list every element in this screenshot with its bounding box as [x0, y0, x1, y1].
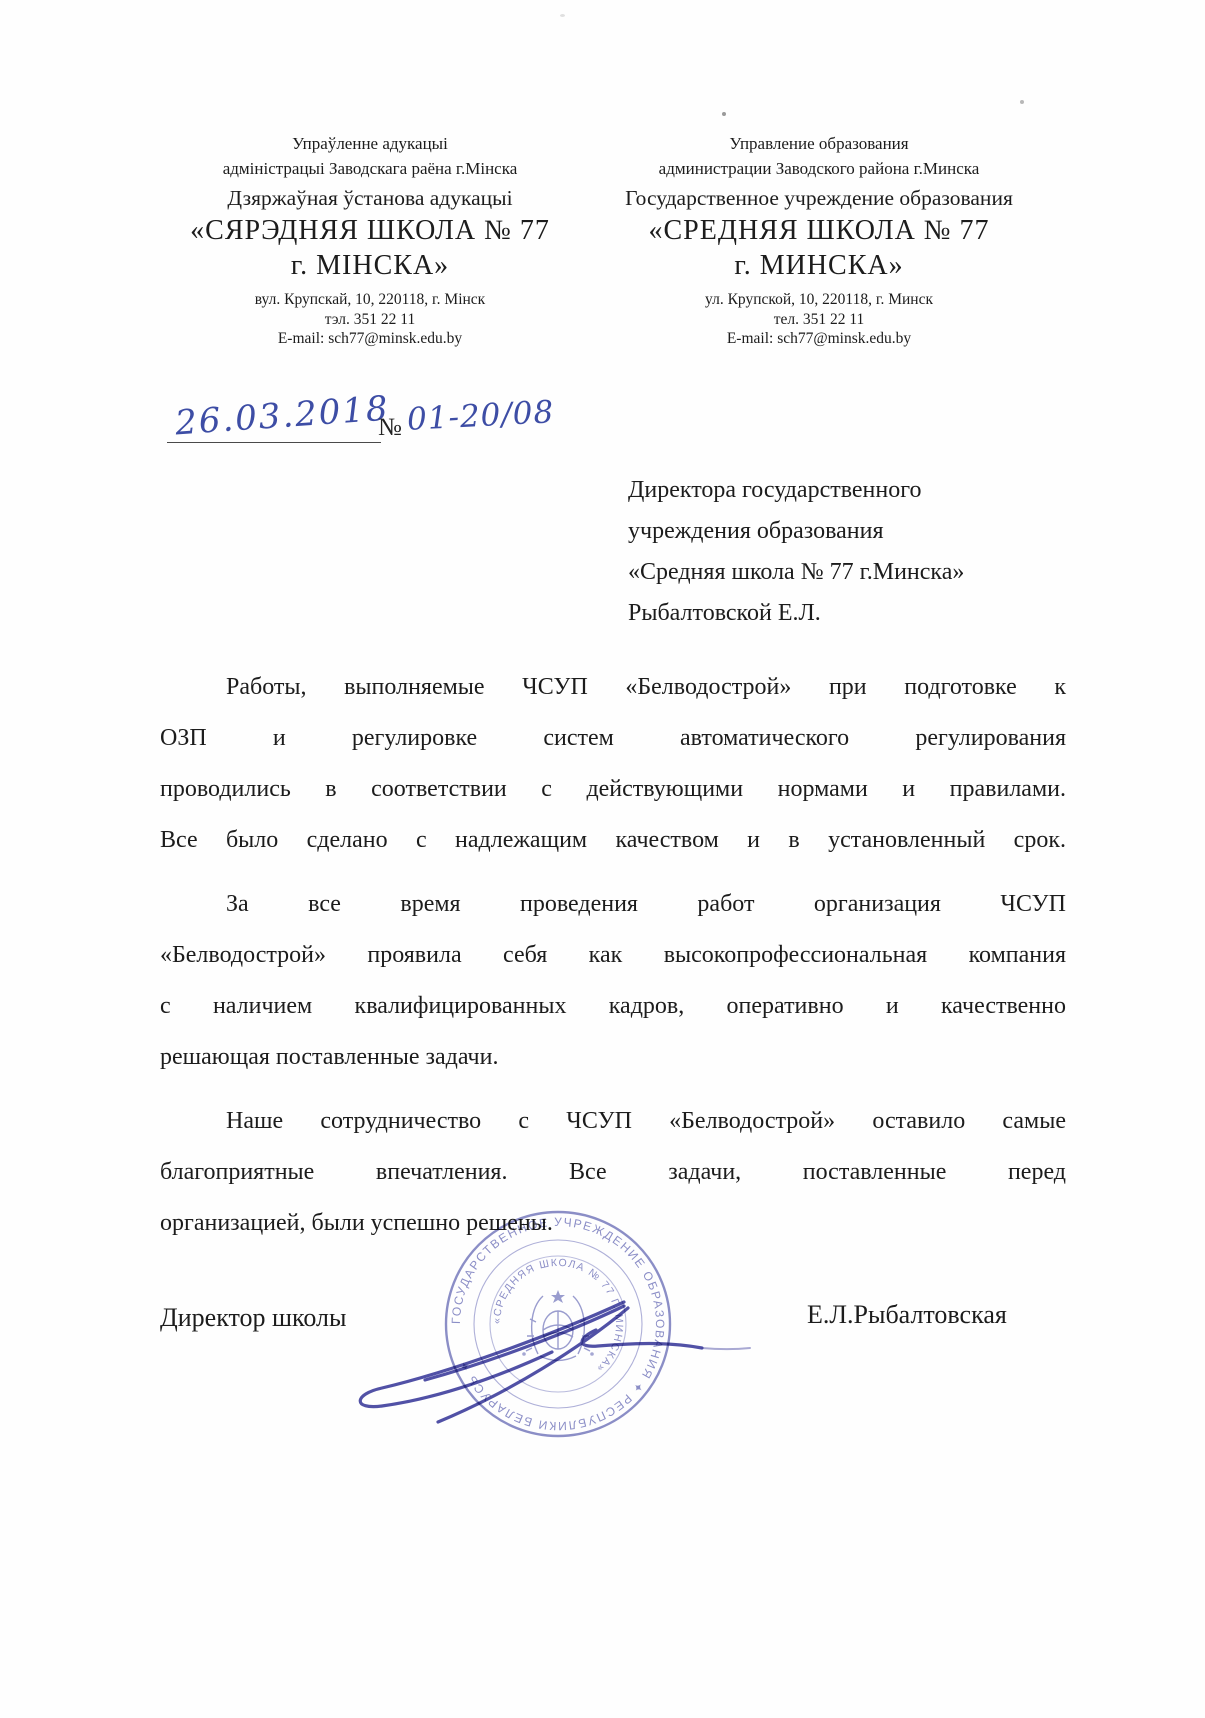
letterhead-school-name-line1: «СРЕДНЯЯ ШКОЛА № 77: [593, 213, 1045, 248]
body-line: проводились в соответствии с действующим…: [160, 764, 1066, 815]
body-line: Работы, выполняемые ЧСУП «Белводострой» …: [160, 662, 1066, 713]
body-line: Наше сотрудничество с ЧСУП «Белводострой…: [160, 1096, 1066, 1147]
addressee-line: учреждения образования: [628, 511, 1068, 552]
number-sign: №: [378, 414, 402, 442]
letterhead-dept-line1: Упраўленне адукацыі: [140, 131, 600, 156]
director-autograph: [330, 1180, 1070, 1460]
letterhead-phone: тэл. 351 22 11: [140, 310, 600, 330]
letterhead-belarusian: Упраўленне адукацыі адміністрацыі Заводс…: [140, 131, 600, 349]
signatory-title: Директор школы: [160, 1303, 346, 1333]
letterhead-school-name-line2: г. МИНСКА»: [593, 248, 1045, 283]
letterhead-org-type: Дзяржаўная ўстанова адукацыі: [140, 183, 600, 213]
body-line: «Белводострой» проявила себя как высокоп…: [160, 930, 1066, 981]
body-line: За все время проведения работ организаци…: [160, 879, 1066, 930]
letterhead-org-type: Государственное учреждение образования: [593, 183, 1045, 213]
letterhead-dept-line2: адміністрацыі Заводскага раёна г.Мінска: [140, 156, 600, 181]
handwritten-date: 26.03.2018: [174, 389, 391, 444]
addressee-block: Директора государственного учреждения об…: [628, 470, 1068, 634]
letterhead-russian: Управление образования администрации Зав…: [593, 131, 1045, 349]
scan-speck: [722, 112, 726, 116]
letterhead-phone: тел. 351 22 11: [593, 310, 1045, 330]
addressee-line: Рыбалтовской Е.Л.: [628, 593, 1068, 634]
paragraph-1: Работы, выполняемые ЧСУП «Белводострой» …: [160, 662, 1066, 866]
letterhead-address: ул. Крупской, 10, 220118, г. Минск: [593, 290, 1045, 310]
letterhead-email: E-mail: sch77@minsk.edu.by: [593, 329, 1045, 349]
scan-speck: [1020, 100, 1024, 104]
body-line: с наличием квалифицированных кадров, опе…: [160, 981, 1066, 1032]
body-line: решающая поставленные задачи.: [160, 1032, 1066, 1083]
body-line: ОЗП и регулировке систем автоматического…: [160, 713, 1066, 764]
letter-body: Работы, выполняемые ЧСУП «Белводострой» …: [160, 662, 1066, 1249]
letterhead-address: вул. Крупскай, 10, 220118, г. Мінск: [140, 290, 600, 310]
paragraph-2: За все время проведения работ организаци…: [160, 879, 1066, 1083]
handwritten-number: 01-20/08: [406, 394, 555, 438]
scan-speck: [560, 14, 565, 17]
date-underline: [167, 442, 381, 443]
body-line: Все было сделано с надлежащим качеством …: [160, 815, 1066, 866]
letterhead-school-name-line2: г. МІНСКА»: [140, 248, 600, 283]
letter-document: Упраўленне адукацыі адміністрацыі Заводс…: [0, 0, 1205, 1718]
letterhead-dept-line1: Управление образования: [593, 131, 1045, 156]
letterhead-dept-line2: администрации Заводского района г.Минска: [593, 156, 1045, 181]
addressee-line: «Средняя школа № 77 г.Минска»: [628, 552, 1068, 593]
letterhead-email: E-mail: sch77@minsk.edu.by: [140, 329, 600, 349]
addressee-line: Директора государственного: [628, 470, 1068, 511]
letterhead-school-name-line1: «СЯРЭДНЯЯ ШКОЛА № 77: [140, 213, 600, 248]
